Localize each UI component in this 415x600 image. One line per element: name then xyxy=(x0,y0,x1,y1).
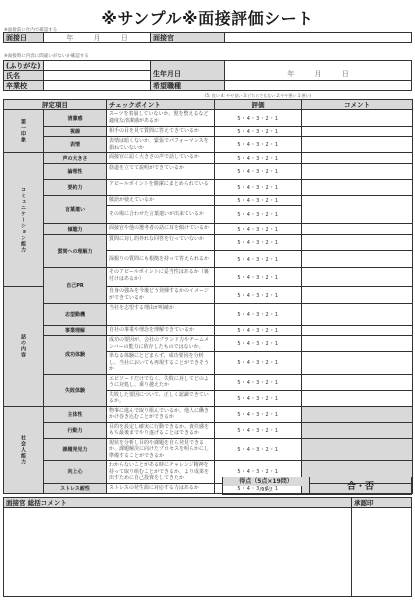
score-selector[interactable]: 5・4・3・2・1 xyxy=(215,326,302,336)
score-selector[interactable]: 5・4・3・2・1 xyxy=(215,304,302,326)
score-selector[interactable]: 5・4・3・2・1 xyxy=(215,251,302,268)
header-checkpoint: チェックポイント xyxy=(107,100,215,110)
school-label: 卒業校 xyxy=(4,81,43,90)
comment-field[interactable] xyxy=(302,164,413,180)
score-selector[interactable]: 5・4・3・2・1 xyxy=(215,196,302,206)
checkpoint-text: 質問に対し的外れな回答を行っていないか xyxy=(107,235,215,251)
birthdate-field[interactable]: 年 月 日 xyxy=(225,61,411,80)
checkpoint-text: 筋道を立てて説明ができているか xyxy=(107,164,215,180)
comment-field[interactable] xyxy=(302,137,413,153)
interview-date-label: 面接日 xyxy=(4,33,43,42)
birthdate-label: 生年月日 xyxy=(151,61,224,80)
score-total-label: 得点（5点×19問） xyxy=(223,477,309,486)
score-total-value[interactable]: /95点 xyxy=(223,486,309,494)
candidate-info-block: (ふりがな) 氏名 卒業校 生年月日 希望職種 年 月 日 xyxy=(3,60,412,91)
item-label: 事業理解 xyxy=(44,326,107,336)
item-label: 言葉遣い xyxy=(44,196,107,224)
footer-block: 面接官 総括コメント 承認印 xyxy=(3,497,412,597)
item-label: 論理性 xyxy=(44,164,107,180)
item-label: 向上心 xyxy=(44,461,107,484)
checkpoint-text: ストレスの発生源に対応する力はあるか xyxy=(107,483,215,493)
score-selector[interactable]: 5・4・3・2・1 xyxy=(215,153,302,164)
checkpoint-text: 敬語が使えているか xyxy=(107,196,215,206)
comment-field[interactable] xyxy=(302,127,413,137)
item-label: 自己PR xyxy=(44,268,107,304)
desired-job-label: 希望職種 xyxy=(151,81,224,90)
item-label: 清潔感 xyxy=(44,110,107,127)
page-title: ※サンプル※面接評価シート xyxy=(0,6,415,29)
desired-job-field[interactable] xyxy=(225,81,411,90)
checkpoint-text: その場に合わせた言葉遣いが出来ているか xyxy=(107,206,215,224)
table-row: 傾聴力 面接官や他の選考者の話に耳を傾けているか 5・4・3・2・1 xyxy=(4,224,413,235)
category-first-impression: 第一印象 xyxy=(4,110,44,153)
furigana-field[interactable] xyxy=(44,61,150,70)
checkpoint-text: 単なる体験にとどまらず、成功要因を分析し、当社においても再現することができそうか xyxy=(107,352,215,375)
interviewer-field[interactable] xyxy=(225,33,411,42)
item-label: 成功体験 xyxy=(44,336,107,375)
pass-fail-field[interactable]: 合・否 xyxy=(310,477,412,495)
item-label: 課題発見力 xyxy=(44,438,107,461)
score-selector[interactable]: 5・4・3・2・1 xyxy=(215,268,302,287)
header-item: 評定項目 xyxy=(4,100,107,110)
comment-field[interactable] xyxy=(302,196,413,224)
header-comment: コメント xyxy=(302,100,413,110)
table-row: 課題発見力 現状を分析し目的や課題を自ら発見できるか、課題解決に向けたプロセスを… xyxy=(4,438,413,461)
comment-field[interactable] xyxy=(302,336,413,352)
category-content: 話の内容 xyxy=(4,287,44,407)
category-communication: コミュニケーション能力 xyxy=(4,153,44,287)
checkpoint-text: 当社を志望する理由が明確か xyxy=(107,304,215,326)
table-row: 質問への理解力 質問に対し的外れな回答を行っていないか 5・4・3・2・1 xyxy=(4,235,413,251)
score-selector[interactable]: 5・4・3・2・1 xyxy=(215,374,302,390)
checkpoint-text: わからないことがある時にチャレンジ精神を持って取り組むことができるか、より成果を… xyxy=(107,461,215,484)
checkpoint-text: 自社の事業や理念を理解できているか xyxy=(107,326,215,336)
item-label: 主体性 xyxy=(44,406,107,422)
comment-field[interactable] xyxy=(302,422,413,438)
school-field[interactable] xyxy=(44,81,150,90)
comment-field[interactable] xyxy=(302,326,413,336)
item-label: 視線 xyxy=(44,127,107,137)
checkpoint-text: 失敗した要因について、正しく認識できているか。 xyxy=(107,390,215,406)
score-selector[interactable]: 5・4・3・2・1 xyxy=(215,336,302,352)
item-label: 傾聴力 xyxy=(44,224,107,235)
item-label: 声の大きさ xyxy=(44,153,107,164)
evaluation-table: 評定項目 チェックポイント 評価 コメント 第一印象 清潔感 スーツを着崩してい… xyxy=(3,99,413,494)
checkpoint-text: 表情は暗くないか、緊張でパフォーマンスを損ねていないか xyxy=(107,137,215,153)
checkpoint-text: スーツを着崩していないか、髪を整えるなど適度な清潔感があるか xyxy=(107,110,215,127)
table-row: 自己PR そのアピールポイントに妥当性はあるか（裏付けはあるか） 5・4・3・2… xyxy=(4,268,413,287)
comment-field[interactable] xyxy=(302,304,413,326)
score-selector[interactable]: 5・4・3・2・1 xyxy=(215,180,302,196)
score-selector[interactable]: 5・4・3・2・1 xyxy=(215,164,302,180)
score-selector[interactable]: 5・4・3・2・1 xyxy=(215,137,302,153)
item-label: ストレス耐性 xyxy=(44,483,107,493)
comment-field[interactable] xyxy=(302,374,413,390)
checkpoint-text: 面接官に届く大きさの声で話しているか xyxy=(107,153,215,164)
score-selector[interactable]: 5・4・3・2・1 xyxy=(215,287,302,304)
summary-comment-label: 面接官 総括コメント xyxy=(4,498,351,508)
score-selector[interactable]: 5・4・3・2・1 xyxy=(215,438,302,461)
checkpoint-text: 相手の目を見て質問に答えてきているか xyxy=(107,127,215,137)
score-selector[interactable]: 5・4・3・2・1 xyxy=(215,224,302,235)
comment-field[interactable] xyxy=(302,390,413,406)
header-score: 評価 xyxy=(215,100,302,110)
comment-field[interactable] xyxy=(302,153,413,164)
score-selector[interactable]: 5・4・3・2・1 xyxy=(215,110,302,127)
checkpoint-text: 目的を設定し確実に行動できるか、責任感をもち最後までやり遂げることはできるか xyxy=(107,422,215,438)
table-row: 要約力 アピールポイントを簡潔にまとめられている 5・4・3・2・1 xyxy=(4,180,413,196)
table-row: 行動力 目的を設定し確実に行動できるか、責任感をもち最後までやり遂げることはでき… xyxy=(4,422,413,438)
table-row: コミュニケーション能力 声の大きさ 面接官に届く大きさの声で話しているか 5・4… xyxy=(4,153,413,164)
interviewer-label: 面接官 xyxy=(151,33,224,42)
table-row: 視線 相手の目を見て質問に答えてきているか 5・4・3・2・1 xyxy=(4,127,413,137)
item-label: 失敗体験 xyxy=(44,374,107,406)
checkpoint-text: 成功の要因が、会社のブランド力やチームメンバーの能力に依存したものではないか。 xyxy=(107,336,215,352)
checkpoint-text: 物事に進んで取り組んでいるか、他人に働きかけ巻き込むことができるか xyxy=(107,406,215,422)
note-during-interview: ※面接時に内容に間違いがないか確認する xyxy=(4,53,89,59)
checkpoint-text: アピールポイントを簡潔にまとめられている xyxy=(107,180,215,196)
table-row: 論理性 筋道を立てて説明ができているか 5・4・3・2・1 xyxy=(4,164,413,180)
score-selector[interactable]: 5・4・3・2・1 xyxy=(215,406,302,422)
interview-info-row: 面接日 年 月 日 面接官 xyxy=(3,32,412,43)
table-row: 表情 表情は暗くないか、緊張でパフォーマンスを損ねていないか 5・4・3・2・1 xyxy=(4,137,413,153)
comment-field[interactable] xyxy=(302,268,413,287)
comment-field[interactable] xyxy=(302,180,413,196)
comment-field[interactable] xyxy=(302,406,413,422)
comment-field[interactable] xyxy=(302,251,413,268)
score-selector[interactable]: 5・4・3・2・1 xyxy=(215,422,302,438)
table-row: 言葉遣い 敬語が使えているか 5・4・3・2・1 xyxy=(4,196,413,206)
category-professional-skills: 社会人能力 xyxy=(4,406,44,493)
checkpoint-text: 現状を分析し目的や課題を自ら発見できるか、課題解決に向けたプロセスを明らかにし準… xyxy=(107,438,215,461)
checkpoint-text: 深掘りの質問にも根拠を持って答えられるか xyxy=(107,251,215,268)
score-selector[interactable]: 5・4・3・2・1 xyxy=(215,352,302,375)
comment-field[interactable] xyxy=(302,438,413,461)
table-row: 社会人能力 主体性 物事に進んで取り組んでいるか、他人に働きかけ巻き込むことがで… xyxy=(4,406,413,422)
checkpoint-text: そのアピールポイントに妥当性はあるか（裏付けはあるか） xyxy=(107,268,215,287)
name-field[interactable] xyxy=(44,71,150,80)
item-label: 行動力 xyxy=(44,422,107,438)
table-row: 第一印象 清潔感 スーツを着崩していないか、髪を整えるなど適度な清潔感があるか … xyxy=(4,110,413,127)
comment-field[interactable] xyxy=(302,110,413,127)
checkpoint-text: 自身の強みを今後どう発揮するかのイメージができているか xyxy=(107,287,215,304)
table-row: 成功体験 成功の要因が、会社のブランド力やチームメンバーの能力に依存したものでは… xyxy=(4,336,413,352)
table-row: 事業理解 自社の事業や理念を理解できているか 5・4・3・2・1 xyxy=(4,326,413,336)
table-row: 志望動機 当社を志望する理由が明確か 5・4・3・2・1 xyxy=(4,304,413,326)
item-label: 志望動機 xyxy=(44,304,107,326)
score-selector[interactable]: 5・4・3・2・1 xyxy=(215,127,302,137)
checkpoint-text: エピソードだけでなく、失敗に対してどのように対処し、乗り越えたか xyxy=(107,374,215,390)
comment-field[interactable] xyxy=(302,235,413,251)
comment-field[interactable] xyxy=(302,287,413,304)
interview-date-field[interactable]: 年 月 日 xyxy=(44,33,150,42)
summary-comment-field[interactable] xyxy=(4,509,351,596)
approval-stamp-label: 承認印 xyxy=(352,498,411,508)
score-selector[interactable]: 5・4・3・2・1 xyxy=(215,235,302,251)
approval-stamp-field[interactable] xyxy=(352,509,411,596)
comment-field[interactable] xyxy=(302,224,413,235)
item-label: 要約力 xyxy=(44,180,107,196)
checkpoint-text: 面接官や他の選考者の話に耳を傾けているか xyxy=(107,224,215,235)
score-total-box: 得点（5点×19問） /95点 xyxy=(222,477,310,495)
score-selector[interactable]: 5・4・3・2・1 xyxy=(215,390,302,406)
table-row: 失敗体験 エピソードだけでなく、失敗に対してどのように対処し、乗り越えたか 5・… xyxy=(4,374,413,390)
comment-field[interactable] xyxy=(302,352,413,375)
score-selector[interactable]: 5・4・3・2・1 xyxy=(215,206,302,224)
item-label: 質問への理解力 xyxy=(44,235,107,268)
item-label: 表情 xyxy=(44,137,107,153)
